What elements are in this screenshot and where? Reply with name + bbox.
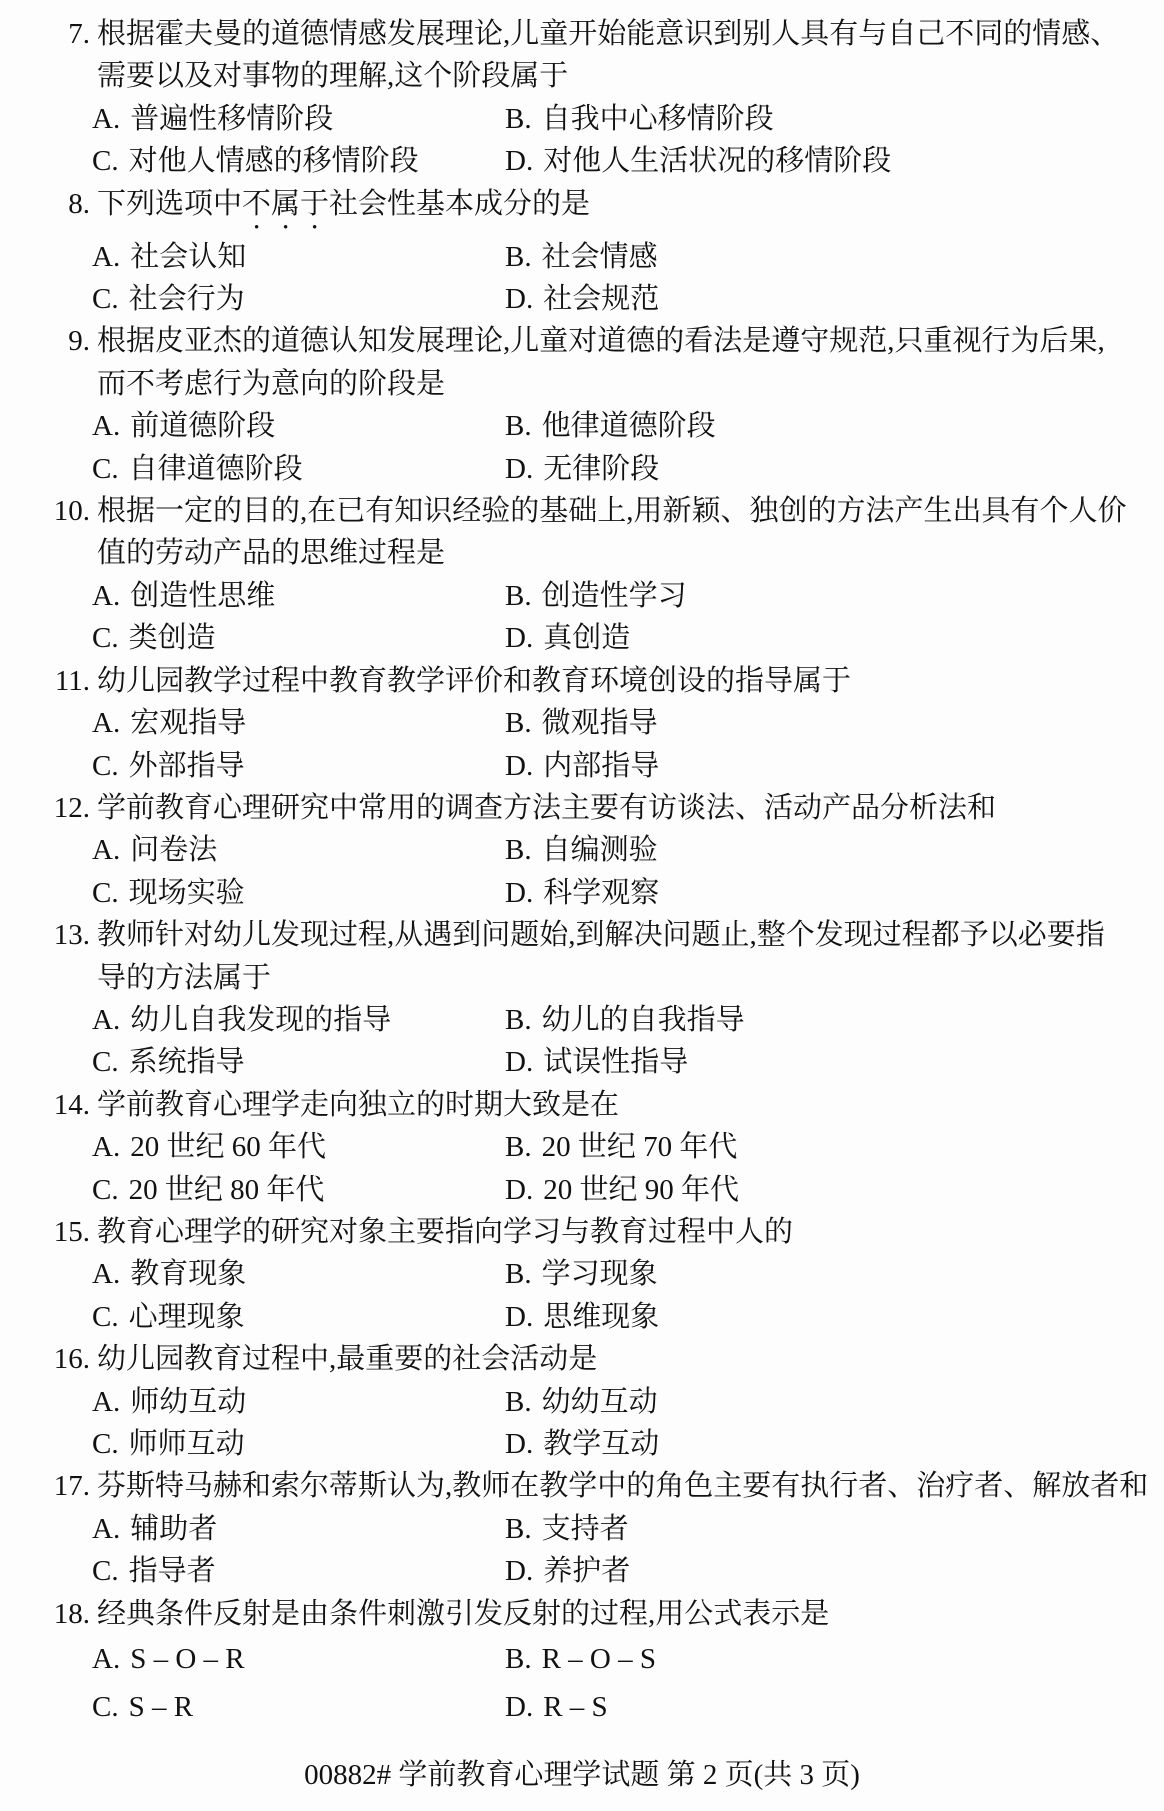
question-17: 17.芬斯特马赫和索尔蒂斯认为,教师在教学中的角色主要有执行者、治疗者、解放者和… <box>0 1465 1164 1592</box>
option-14-C: C.20 世纪 80 年代 <box>92 1169 505 1211</box>
option-letter: D. <box>505 278 533 320</box>
option-text: 幼幼互动 <box>542 1386 658 1418</box>
question-number: 16. <box>0 1338 90 1380</box>
question-13: 13.教师针对幼儿发现过程,从遇到问题始,到解决问题止,整个发现过程都予以必要指… <box>0 914 1164 1084</box>
option-letter: A. <box>92 236 120 278</box>
option-letter: C. <box>92 1296 119 1338</box>
options-grid: A.创造性思维B.创造性学习C.类创造D.真创造 <box>0 575 1164 660</box>
option-text: 创造性学习 <box>542 580 687 612</box>
option-18-C: C.S – R <box>92 1683 505 1731</box>
option-letter: B. <box>505 575 532 617</box>
question-stem-line: 15.教育心理学的研究对象主要指向学习与教育过程中人的 <box>0 1211 1164 1253</box>
question-7: 7.根据霍夫曼的道德情感发展理论,儿童开始能意识到别人具有与自己不同的情感、需要… <box>0 13 1164 183</box>
question-number: 7. <box>0 13 90 55</box>
question-stem-line: 16.幼儿园教育过程中,最重要的社会活动是 <box>0 1338 1164 1380</box>
option-text: 对他人生活状况的移情阶段 <box>543 145 891 177</box>
question-12: 12.学前教育心理研究中常用的调查方法主要有访谈法、活动产品分析法和A.问卷法B… <box>0 787 1164 914</box>
option-letter: D. <box>505 745 533 787</box>
option-17-C: C.指导者 <box>92 1550 505 1592</box>
option-letter: A. <box>92 999 120 1041</box>
option-12-D: D.科学观察 <box>505 872 1164 914</box>
option-letter: B. <box>505 1508 532 1550</box>
option-9-C: C.自律道德阶段 <box>92 448 505 490</box>
option-letter: B. <box>505 1381 532 1423</box>
option-8-C: C.社会行为 <box>92 278 505 320</box>
option-10-D: D.真创造 <box>505 617 1164 659</box>
option-letter: A. <box>92 1381 120 1423</box>
option-10-C: C.类创造 <box>92 617 505 659</box>
question-number: 10. <box>0 490 90 532</box>
option-letter: D. <box>505 1169 533 1211</box>
option-12-A: A.问卷法 <box>92 829 505 871</box>
question-stem-text: 需要以及对事物的理解,这个阶段属于 <box>97 60 568 92</box>
option-letter: D. <box>505 617 533 659</box>
option-10-B: B.创造性学习 <box>505 575 1164 617</box>
option-text: 心理现象 <box>129 1301 245 1333</box>
option-16-B: B.幼幼互动 <box>505 1381 1164 1423</box>
option-text: 自我中心移情阶段 <box>542 103 774 135</box>
stem-text-segment: 下列选项中 <box>97 188 242 220</box>
option-letter: C. <box>92 278 119 320</box>
question-10: 10.根据一定的目的,在已有知识经验的基础上,用新颖、独创的方法产生出具有个人价… <box>0 490 1164 660</box>
question-stem-line: 13.教师针对幼儿发现过程,从遇到问题始,到解决问题止,整个发现过程都予以必要指 <box>0 914 1164 956</box>
question-stem-line: 12.学前教育心理研究中常用的调查方法主要有访谈法、活动产品分析法和 <box>0 787 1164 829</box>
question-number: 14. <box>0 1084 90 1126</box>
option-letter: C. <box>92 1550 119 1592</box>
exam-questions: 7.根据霍夫曼的道德情感发展理论,儿童开始能意识到别人具有与自己不同的情感、需要… <box>0 0 1164 1731</box>
question-stem-line: 需要以及对事物的理解,这个阶段属于 <box>0 55 1164 97</box>
option-text: 20 世纪 90 年代 <box>543 1174 739 1206</box>
option-text: 20 世纪 80 年代 <box>129 1174 325 1206</box>
option-text: 对他人情感的移情阶段 <box>129 145 419 177</box>
option-letter: A. <box>92 1508 120 1550</box>
option-text: 辅助者 <box>130 1513 217 1545</box>
option-letter: A. <box>92 702 120 744</box>
option-letter: B. <box>505 1126 532 1168</box>
option-text: 类创造 <box>129 622 216 654</box>
option-text: 现场实验 <box>129 877 245 909</box>
option-16-A: A.师幼互动 <box>92 1381 505 1423</box>
question-stem-line: 导的方法属于 <box>0 957 1164 999</box>
option-text: 自编测验 <box>542 834 658 866</box>
option-text: 社会规范 <box>543 283 659 315</box>
option-letter: B. <box>505 98 532 140</box>
option-15-A: A.教育现象 <box>92 1253 505 1295</box>
option-13-D: D.试误性指导 <box>505 1041 1164 1083</box>
question-stem-line: 而不考虑行为意向的阶段是 <box>0 363 1164 405</box>
option-letter: A. <box>92 575 120 617</box>
option-letter: B. <box>505 829 532 871</box>
option-letter: D. <box>505 140 533 182</box>
option-text: 普遍性移情阶段 <box>130 103 333 135</box>
options-grid: A.幼儿自我发现的指导B.幼儿的自我指导C.系统指导D.试误性指导 <box>0 999 1164 1084</box>
option-letter: A. <box>92 1635 120 1683</box>
option-text: 社会行为 <box>129 283 245 315</box>
option-letter: D. <box>505 1296 533 1338</box>
option-16-C: C.师师互动 <box>92 1423 505 1465</box>
option-11-C: C.外部指导 <box>92 745 505 787</box>
option-letter: D. <box>505 1041 533 1083</box>
option-text: R – S <box>543 1691 607 1723</box>
option-letter: B. <box>505 236 532 278</box>
option-text: 教育现象 <box>130 1258 246 1290</box>
options-grid: A.师幼互动B.幼幼互动C.师师互动D.教学互动 <box>0 1381 1164 1466</box>
question-stem-text: 教育心理学的研究对象主要指向学习与教育过程中人的 <box>97 1211 793 1253</box>
question-number: 18. <box>0 1593 90 1635</box>
option-text: 他律道德阶段 <box>542 410 716 442</box>
option-letter: B. <box>505 1253 532 1295</box>
question-18: 18.经典条件反射是由条件刺激引发反射的过程,用公式表示是A.S – O – R… <box>0 1593 1164 1731</box>
option-text: 幼儿自我发现的指导 <box>130 1004 391 1036</box>
question-stem-text: 导的方法属于 <box>97 962 271 994</box>
option-text: 宏观指导 <box>130 707 246 739</box>
option-letter: A. <box>92 1126 120 1168</box>
option-text: 养护者 <box>543 1555 630 1587</box>
page-footer: 00882# 学前教育心理学试题 第 2 页(共 3 页) <box>0 1752 1164 1793</box>
option-text: 20 世纪 70 年代 <box>542 1131 738 1163</box>
option-text: 师师互动 <box>129 1428 245 1460</box>
question-stem-line: 7.根据霍夫曼的道德情感发展理论,儿童开始能意识到别人具有与自己不同的情感、 <box>0 13 1164 55</box>
option-text: 思维现象 <box>543 1301 659 1333</box>
question-15: 15.教育心理学的研究对象主要指向学习与教育过程中人的A.教育现象B.学习现象C… <box>0 1211 1164 1338</box>
question-stem-line: 10.根据一定的目的,在已有知识经验的基础上,用新颖、独创的方法产生出具有个人价 <box>0 490 1164 532</box>
option-14-B: B.20 世纪 70 年代 <box>505 1126 1164 1168</box>
option-text: 试误性指导 <box>543 1046 688 1078</box>
option-letter: A. <box>92 829 120 871</box>
options-grid: A.普遍性移情阶段B.自我中心移情阶段C.对他人情感的移情阶段D.对他人生活状况… <box>0 98 1164 183</box>
option-letter: C. <box>92 448 119 490</box>
option-text: 前道德阶段 <box>130 410 275 442</box>
option-17-A: A.辅助者 <box>92 1508 505 1550</box>
question-stem-text: 学前教育心理研究中常用的调查方法主要有访谈法、活动产品分析法和 <box>97 787 996 829</box>
option-letter: C. <box>92 872 119 914</box>
options-grid: A.前道德阶段B.他律道德阶段C.自律道德阶段D.无律阶段 <box>0 405 1164 490</box>
option-letter: B. <box>505 999 532 1041</box>
option-letter: C. <box>92 1683 119 1731</box>
option-text: S – O – R <box>130 1643 244 1675</box>
option-7-B: B.自我中心移情阶段 <box>505 98 1164 140</box>
option-17-B: B.支持者 <box>505 1508 1164 1550</box>
option-9-A: A.前道德阶段 <box>92 405 505 447</box>
option-7-A: A.普遍性移情阶段 <box>92 98 505 140</box>
options-grid: A.20 世纪 60 年代B.20 世纪 70 年代C.20 世纪 80 年代D… <box>0 1126 1164 1211</box>
option-13-C: C.系统指导 <box>92 1041 505 1083</box>
option-text: 真创造 <box>543 622 630 654</box>
question-stem-line: 9.根据皮亚杰的道德认知发展理论,儿童对道德的看法是遵守规范,只重视行为后果, <box>0 320 1164 362</box>
option-9-B: B.他律道德阶段 <box>505 405 1164 447</box>
option-10-A: A.创造性思维 <box>92 575 505 617</box>
option-text: 微观指导 <box>542 707 658 739</box>
option-15-C: C.心理现象 <box>92 1296 505 1338</box>
question-number: 9. <box>0 320 90 362</box>
question-stem-text: 根据霍夫曼的道德情感发展理论,儿童开始能意识到别人具有与自己不同的情感、 <box>97 13 1119 55</box>
option-letter: B. <box>505 702 532 744</box>
question-stem-text: 下列选项中不属于社会性基本成分的是 <box>97 183 590 236</box>
option-letter: C. <box>92 1041 119 1083</box>
question-stem-line: 11.幼儿园教学过程中教育教学评价和教育环境创设的指导属于 <box>0 660 1164 702</box>
question-stem-text: 教师针对幼儿发现过程,从遇到问题始,到解决问题止,整个发现过程都予以必要指 <box>97 914 1105 956</box>
option-text: 外部指导 <box>129 750 245 782</box>
option-14-D: D.20 世纪 90 年代 <box>505 1169 1164 1211</box>
options-grid: A.S – O – RB.R – O – SC.S – RD.R – S <box>0 1635 1164 1731</box>
question-number: 15. <box>0 1211 90 1253</box>
question-stem-line: 17.芬斯特马赫和索尔蒂斯认为,教师在教学中的角色主要有执行者、治疗者、解放者和 <box>0 1465 1164 1507</box>
option-letter: A. <box>92 98 120 140</box>
option-text: 科学观察 <box>543 877 659 909</box>
option-text: 问卷法 <box>130 834 217 866</box>
option-15-B: B.学习现象 <box>505 1253 1164 1295</box>
question-stem-text: 幼儿园教育过程中,最重要的社会活动是 <box>97 1338 597 1380</box>
option-letter: B. <box>505 405 532 447</box>
question-11: 11.幼儿园教学过程中教育教学评价和教育环境创设的指导属于A.宏观指导B.微观指… <box>0 660 1164 787</box>
option-9-D: D.无律阶段 <box>505 448 1164 490</box>
option-text: 自律道德阶段 <box>129 453 303 485</box>
option-7-C: C.对他人情感的移情阶段 <box>92 140 505 182</box>
question-stem-text: 芬斯特马赫和索尔蒂斯认为,教师在教学中的角色主要有执行者、治疗者、解放者和 <box>97 1465 1148 1507</box>
question-stem-text: 根据皮亚杰的道德认知发展理论,儿童对道德的看法是遵守规范,只重视行为后果, <box>97 320 1105 362</box>
question-number: 11. <box>0 660 90 702</box>
option-15-D: D.思维现象 <box>505 1296 1164 1338</box>
option-18-B: B.R – O – S <box>505 1635 1164 1683</box>
option-12-C: C.现场实验 <box>92 872 505 914</box>
option-letter: A. <box>92 405 120 447</box>
option-text: 社会认知 <box>130 241 246 273</box>
option-letter: B. <box>505 1635 532 1683</box>
question-number: 8. <box>0 183 90 236</box>
option-text: 系统指导 <box>129 1046 245 1078</box>
option-letter: D. <box>505 448 533 490</box>
question-stem-line: 14.学前教育心理学走向独立的时期大致是在 <box>0 1084 1164 1126</box>
option-14-A: A.20 世纪 60 年代 <box>92 1126 505 1168</box>
option-8-A: A.社会认知 <box>92 236 505 278</box>
option-text: 支持者 <box>542 1513 629 1545</box>
option-text: 无律阶段 <box>543 453 659 485</box>
option-letter: C. <box>92 617 119 659</box>
option-text: 创造性思维 <box>130 580 275 612</box>
option-16-D: D.教学互动 <box>505 1423 1164 1465</box>
options-grid: A.问卷法B.自编测验C.现场实验D.科学观察 <box>0 829 1164 914</box>
option-letter: D. <box>505 1683 533 1731</box>
option-letter: C. <box>92 1423 119 1465</box>
question-stem-line: 值的劳动产品的思维过程是 <box>0 532 1164 574</box>
option-letter: D. <box>505 1423 533 1465</box>
stem-text-segment: 社会性基本成分的是 <box>329 188 590 220</box>
question-14: 14.学前教育心理学走向独立的时期大致是在A.20 世纪 60 年代B.20 世… <box>0 1084 1164 1211</box>
question-stem-line: 8.下列选项中不属于社会性基本成分的是 <box>0 183 1164 236</box>
question-number: 12. <box>0 787 90 829</box>
emphasized-text: 不属于 <box>242 188 329 220</box>
question-stem-text: 经典条件反射是由条件刺激引发反射的过程,用公式表示是 <box>97 1593 829 1635</box>
option-13-A: A.幼儿自我发现的指导 <box>92 999 505 1041</box>
option-letter: D. <box>505 1550 533 1592</box>
question-stem-text: 学前教育心理学走向独立的时期大致是在 <box>97 1084 619 1126</box>
option-text: S – R <box>129 1691 193 1723</box>
option-11-A: A.宏观指导 <box>92 702 505 744</box>
option-text: 社会情感 <box>542 241 658 273</box>
question-stem-text: 根据一定的目的,在已有知识经验的基础上,用新颖、独创的方法产生出具有个人价 <box>97 490 1127 532</box>
option-11-D: D.内部指导 <box>505 745 1164 787</box>
options-grid: A.辅助者B.支持者C.指导者D.养护者 <box>0 1508 1164 1593</box>
option-18-A: A.S – O – R <box>92 1635 505 1683</box>
question-number: 17. <box>0 1465 90 1507</box>
question-16: 16.幼儿园教育过程中,最重要的社会活动是A.师幼互动B.幼幼互动C.师师互动D… <box>0 1338 1164 1465</box>
option-text: 师幼互动 <box>130 1386 246 1418</box>
options-grid: A.宏观指导B.微观指导C.外部指导D.内部指导 <box>0 702 1164 787</box>
exam-page: 7.根据霍夫曼的道德情感发展理论,儿童开始能意识到别人具有与自己不同的情感、需要… <box>0 0 1164 1811</box>
options-grid: A.社会认知B.社会情感C.社会行为D.社会规范 <box>0 236 1164 321</box>
option-7-D: D.对他人生活状况的移情阶段 <box>505 140 1164 182</box>
option-13-B: B.幼儿的自我指导 <box>505 999 1164 1041</box>
option-letter: A. <box>92 1253 120 1295</box>
option-8-B: B.社会情感 <box>505 236 1164 278</box>
option-text: 幼儿的自我指导 <box>542 1004 745 1036</box>
option-17-D: D.养护者 <box>505 1550 1164 1592</box>
option-letter: C. <box>92 1169 119 1211</box>
options-grid: A.教育现象B.学习现象C.心理现象D.思维现象 <box>0 1253 1164 1338</box>
option-12-B: B.自编测验 <box>505 829 1164 871</box>
question-number: 13. <box>0 914 90 956</box>
option-text: 学习现象 <box>542 1258 658 1290</box>
option-letter: D. <box>505 872 533 914</box>
option-8-D: D.社会规范 <box>505 278 1164 320</box>
question-stem-text: 值的劳动产品的思维过程是 <box>97 537 445 569</box>
question-9: 9.根据皮亚杰的道德认知发展理论,儿童对道德的看法是遵守规范,只重视行为后果,而… <box>0 320 1164 490</box>
question-stem-text: 而不考虑行为意向的阶段是 <box>97 368 445 400</box>
question-8: 8.下列选项中不属于社会性基本成分的是A.社会认知B.社会情感C.社会行为D.社… <box>0 183 1164 321</box>
question-stem-line: 18.经典条件反射是由条件刺激引发反射的过程,用公式表示是 <box>0 1593 1164 1635</box>
option-18-D: D.R – S <box>505 1683 1164 1731</box>
option-text: 20 世纪 60 年代 <box>130 1131 326 1163</box>
option-text: 内部指导 <box>543 750 659 782</box>
option-letter: C. <box>92 745 119 787</box>
option-11-B: B.微观指导 <box>505 702 1164 744</box>
question-stem-text: 幼儿园教学过程中教育教学评价和教育环境创设的指导属于 <box>97 660 851 702</box>
option-letter: C. <box>92 140 119 182</box>
option-text: 教学互动 <box>543 1428 659 1460</box>
option-text: 指导者 <box>129 1555 216 1587</box>
option-text: R – O – S <box>542 1643 656 1675</box>
